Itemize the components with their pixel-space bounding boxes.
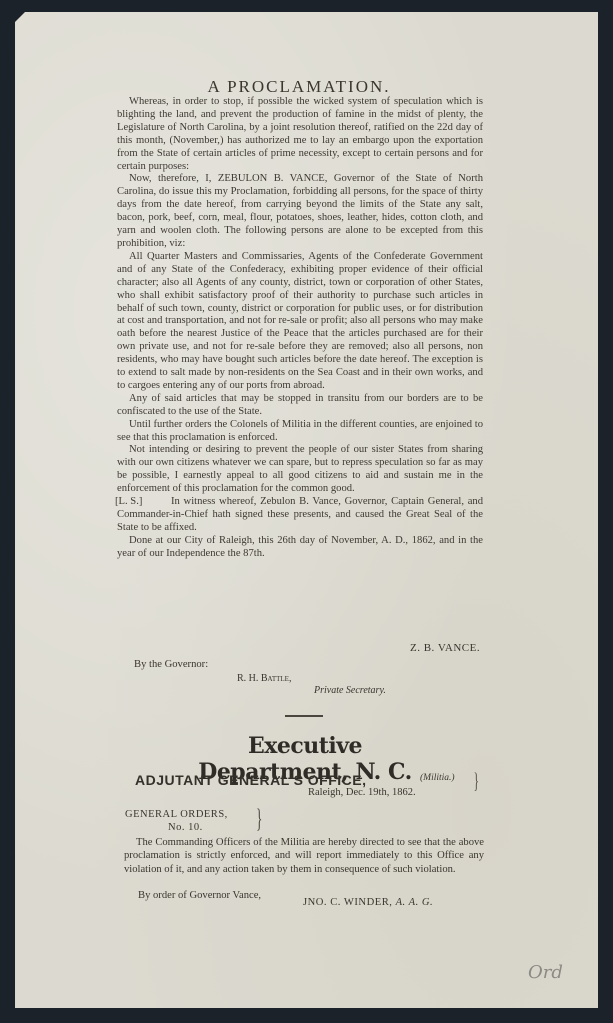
governor-signature: Z. B. VANCE. <box>410 642 480 654</box>
pencil-annotation: Ord <box>528 962 563 983</box>
proclamation-title: A PROCLAMATION. <box>174 77 424 97</box>
secretary-title: Private Secretary. <box>314 685 386 696</box>
adjutant-office-heading: ADJUTANT GENERAL'S OFFICE, <box>135 772 367 788</box>
section-divider <box>285 715 323 717</box>
signer-title: A. A. G. <box>396 897 434 908</box>
signer-name: JNO. C. WINDER, <box>303 897 392 908</box>
orders-body: The Commanding Officers of the Militia a… <box>124 836 484 876</box>
orders-location-date: Raleigh, Dec. 19th, 1862. <box>308 787 416 798</box>
general-orders-label: GENERAL ORDERS, No. 10. <box>125 808 228 834</box>
paragraph-done-at: Done at our City of Raleigh, this 26th d… <box>117 535 483 561</box>
paragraph-colonels: Until further orders the Colonels of Mil… <box>117 419 483 445</box>
paragraph-in-transitu: Any of said articles that may be stopped… <box>117 393 483 419</box>
brace-glyph: } <box>256 804 262 834</box>
paragraph-whereas: Whereas, in order to stop, if possible t… <box>117 96 483 173</box>
seal-label: [L. S.] <box>115 496 142 509</box>
orders-signer: JNO. C. WINDER, A. A. G. <box>303 897 433 908</box>
proclamation-body: Whereas, in order to stop, if possible t… <box>117 96 483 561</box>
militia-note: (Militia.) <box>420 773 455 783</box>
orders-paragraph: The Commanding Officers of the Militia a… <box>124 836 484 876</box>
by-the-governor: By the Governor: <box>134 659 208 670</box>
secretary-name: R. H. Battle, <box>237 673 291 684</box>
paragraph-now-therefore: Now, therefore, I, ZEBULON B. VANCE, Gov… <box>117 173 483 250</box>
witness-block: [L. S.] In witness whereof, Zebulon B. V… <box>117 496 483 535</box>
paragraph-exceptions: All Quarter Masters and Commissaries, Ag… <box>117 251 483 393</box>
brace-glyph: } <box>474 768 479 794</box>
paragraph-appeal: Not intending or desiring to prevent the… <box>117 444 483 496</box>
witness-text: In witness whereof, Zebulon B. Vance, Go… <box>117 496 483 535</box>
general-orders-text: GENERAL ORDERS, <box>125 809 228 820</box>
by-order-line: By order of Governor Vance, <box>138 890 261 901</box>
general-orders-number: No. 10. <box>125 821 228 834</box>
